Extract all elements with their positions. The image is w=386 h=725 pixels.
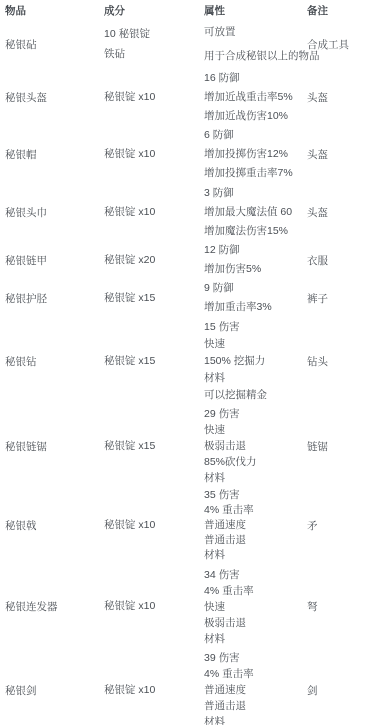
item-name: 秘银头巾	[0, 183, 99, 241]
item-name: 秘银护胫	[0, 279, 99, 317]
property-line: 增加魔法伤害15%	[204, 222, 302, 241]
property-line: 3 防御	[204, 184, 302, 203]
property-line: 快速	[204, 422, 302, 438]
ingredients-cell: 秘银锭 x10	[99, 183, 199, 241]
property-line: 极弱击退	[204, 615, 302, 631]
property-line: 材料	[204, 548, 302, 563]
property-line: 增加伤害5%	[204, 260, 302, 279]
property-line: 4% 重击率	[204, 583, 302, 599]
ingredient-line: 秘银锭 x10	[104, 145, 199, 164]
properties-cell: 39 伤害 4% 重击率 普通速度 普通击退 材料	[199, 649, 302, 725]
table-header-row: 物品 成分 属性 备注	[0, 0, 386, 20]
ingredients-cell: 10 秘银锭 铁砧	[99, 20, 199, 68]
table-row: 秘银头盔 秘银锭 x10 16 防御 增加近战重击率5% 增加近战伤害10% 头…	[0, 68, 386, 126]
properties-cell: 15 伤害 快速 150% 挖掘力 材料 可以挖掘精金	[199, 317, 302, 405]
column-header-properties: 属性	[199, 0, 302, 20]
item-name: 秘银头盔	[0, 68, 99, 126]
property-line: 增加近战伤害10%	[204, 107, 302, 126]
properties-cell: 9 防御 增加重击率3%	[199, 279, 302, 317]
property-line: 9 防御	[204, 279, 302, 298]
ingredients-cell: 秘银锭 x15	[99, 279, 199, 317]
property-line: 39 伤害	[204, 650, 302, 666]
ingredients-cell: 秘银锭 x15	[99, 317, 199, 405]
property-line: 15 伤害	[204, 319, 302, 336]
item-name: 秘银戟	[0, 487, 99, 564]
property-line: 可放置	[204, 20, 302, 44]
property-line: 12 防御	[204, 241, 302, 260]
property-line: 增加重击率3%	[204, 298, 302, 317]
note-cell: 弩	[302, 564, 386, 649]
column-header-item: 物品	[0, 0, 99, 20]
ingredient-line: 秘银锭 x10	[104, 88, 199, 107]
note-cell: 裤子	[302, 279, 386, 317]
property-line: 快速	[204, 336, 302, 353]
ingredient-line: 秘银锭 x15	[104, 352, 199, 371]
property-line: 普通速度	[204, 518, 302, 533]
crafting-table: 物品 成分 属性 备注 秘银砧 10 秘银锭 铁砧 可放置 用于合成秘银以上的物…	[0, 0, 386, 725]
item-name: 秘银钻	[0, 317, 99, 405]
property-line: 34 伤害	[204, 567, 302, 583]
item-name: 秘银连发器	[0, 564, 99, 649]
table-row: 秘银护胫 秘银锭 x15 9 防御 增加重击率3% 裤子	[0, 279, 386, 317]
property-line: 材料	[204, 470, 302, 486]
property-line: 普通击退	[204, 698, 302, 714]
item-name: 秘银砧	[0, 20, 99, 68]
property-line: 29 伤害	[204, 406, 302, 422]
table-row: 秘银链锯 秘银锭 x15 29 伤害 快速 极弱击退 85%砍伐力 材料 链锯	[0, 405, 386, 487]
property-line: 材料	[204, 631, 302, 647]
property-line: 85%砍伐力	[204, 454, 302, 470]
ingredients-cell: 秘银锭 x10	[99, 487, 199, 564]
item-name: 秘银链锯	[0, 405, 99, 487]
property-line: 普通击退	[204, 533, 302, 548]
ingredient-line: 秘银锭 x20	[104, 251, 199, 270]
note-cell: 头盔	[302, 68, 386, 126]
note-cell: 钻头	[302, 317, 386, 405]
property-line: 16 防御	[204, 69, 302, 88]
table-row: 秘银砧 10 秘银锭 铁砧 可放置 用于合成秘银以上的物品 合成工具	[0, 20, 386, 68]
note-cell: 衣服	[302, 241, 386, 279]
property-line: 极弱击退	[204, 438, 302, 454]
table-row: 秘银戟 秘银锭 x10 35 伤害 4% 重击率 普通速度 普通击退 材料 矛	[0, 487, 386, 564]
property-line: 用于合成秘银以上的物品	[204, 44, 302, 68]
item-name: 秘银剑	[0, 649, 99, 725]
property-line: 4% 重击率	[204, 666, 302, 682]
properties-cell: 可放置 用于合成秘银以上的物品	[199, 20, 302, 68]
properties-cell: 16 防御 增加近战重击率5% 增加近战伤害10%	[199, 68, 302, 126]
property-line: 普通速度	[204, 682, 302, 698]
column-header-note: 备注	[302, 0, 386, 20]
table-row: 秘银剑 秘银锭 x10 39 伤害 4% 重击率 普通速度 普通击退 材料 剑	[0, 649, 386, 725]
property-line: 材料	[204, 370, 302, 387]
property-line: 增加近战重击率5%	[204, 88, 302, 107]
ingredient-line: 秘银锭 x15	[104, 437, 199, 456]
table-row: 秘银连发器 秘银锭 x10 34 伤害 4% 重击率 快速 极弱击退 材料 弩	[0, 564, 386, 649]
property-line: 增加投掷伤害12%	[204, 145, 302, 164]
ingredients-cell: 秘银锭 x20	[99, 241, 199, 279]
ingredient-line: 秘银锭 x15	[104, 289, 199, 308]
table-row: 秘银头巾 秘银锭 x10 3 防御 增加最大魔法值 60 增加魔法伤害15% 头…	[0, 183, 386, 241]
property-line: 35 伤害	[204, 488, 302, 503]
table-row: 秘银钻 秘银锭 x15 15 伤害 快速 150% 挖掘力 材料 可以挖掘精金 …	[0, 317, 386, 405]
ingredients-cell: 秘银锭 x10	[99, 649, 199, 725]
note-cell: 头盔	[302, 126, 386, 183]
item-name: 秘银帽	[0, 126, 99, 183]
note-cell: 头盔	[302, 183, 386, 241]
ingredients-cell: 秘银锭 x10	[99, 126, 199, 183]
column-header-ingredients: 成分	[99, 0, 199, 20]
ingredient-line: 秘银锭 x10	[104, 681, 199, 700]
note-cell: 矛	[302, 487, 386, 564]
ingredient-line: 秘银锭 x10	[104, 597, 199, 616]
note-cell: 剑	[302, 649, 386, 725]
properties-cell: 35 伤害 4% 重击率 普通速度 普通击退 材料	[199, 487, 302, 564]
property-line: 材料	[204, 714, 302, 725]
ingredients-cell: 秘银锭 x10	[99, 68, 199, 126]
property-line: 6 防御	[204, 126, 302, 145]
property-line: 可以挖掘精金	[204, 387, 302, 404]
property-line: 150% 挖掘力	[204, 353, 302, 370]
property-line: 快速	[204, 599, 302, 615]
ingredients-cell: 秘银锭 x10	[99, 564, 199, 649]
table-row: 秘银帽 秘银锭 x10 6 防御 增加投掷伤害12% 增加投掷重击率7% 头盔	[0, 126, 386, 183]
ingredient-line: 秘银锭 x10	[104, 516, 199, 535]
ingredient-line: 秘银锭 x10	[104, 203, 199, 222]
table-row: 秘银链甲 秘银锭 x20 12 防御 增加伤害5% 衣服	[0, 241, 386, 279]
properties-cell: 12 防御 增加伤害5%	[199, 241, 302, 279]
property-line: 增加投掷重击率7%	[204, 164, 302, 183]
property-line: 增加最大魔法值 60	[204, 203, 302, 222]
ingredients-cell: 秘银锭 x15	[99, 405, 199, 487]
item-name: 秘银链甲	[0, 241, 99, 279]
properties-cell: 3 防御 增加最大魔法值 60 增加魔法伤害15%	[199, 183, 302, 241]
properties-cell: 6 防御 增加投掷伤害12% 增加投掷重击率7%	[199, 126, 302, 183]
ingredient-line: 10 秘银锭	[104, 24, 199, 44]
property-line: 4% 重击率	[204, 503, 302, 518]
note-cell: 链锯	[302, 405, 386, 487]
ingredient-line: 铁砧	[104, 44, 199, 64]
properties-cell: 29 伤害 快速 极弱击退 85%砍伐力 材料	[199, 405, 302, 487]
properties-cell: 34 伤害 4% 重击率 快速 极弱击退 材料	[199, 564, 302, 649]
